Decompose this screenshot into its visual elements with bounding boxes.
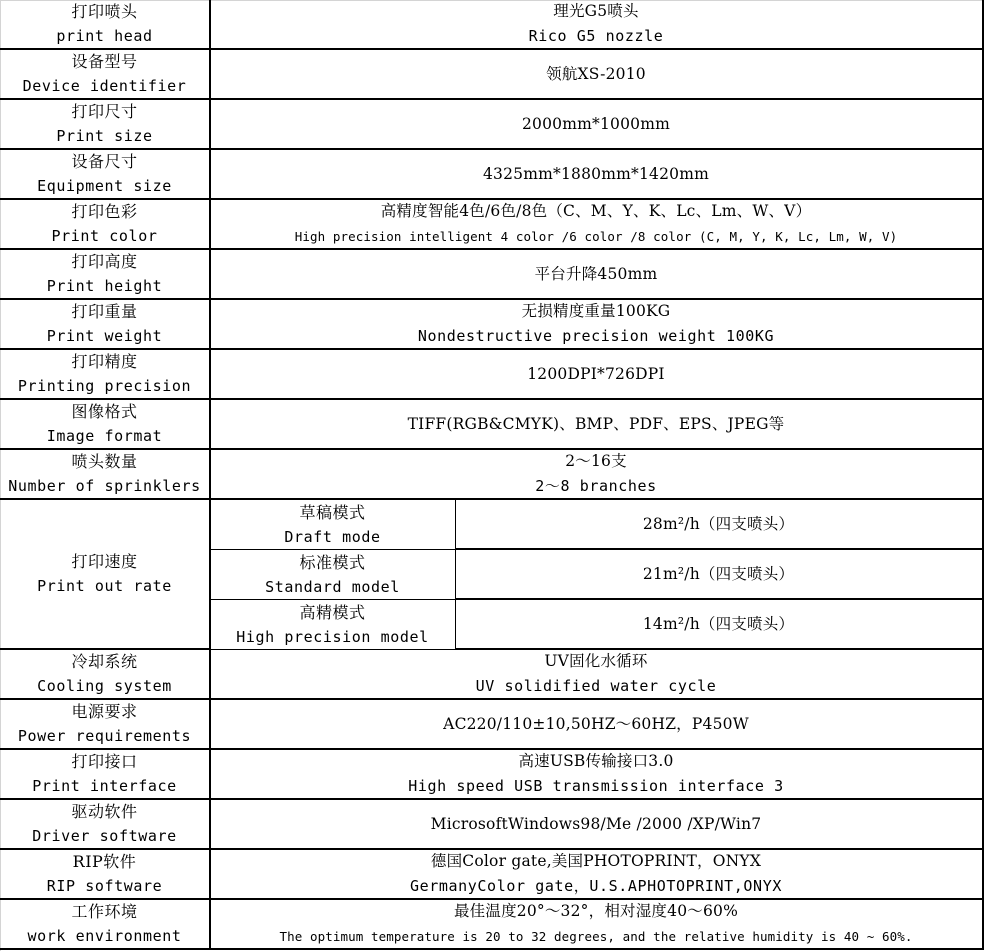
row-label-zh: 打印色彩 xyxy=(71,200,137,224)
row-value-zh: 2000mm*1000mm xyxy=(522,112,670,137)
row-label-en: Print height xyxy=(47,274,163,299)
row-label-cell: 打印高度Print height xyxy=(0,250,211,300)
speed-mode-zh: 标准模式 xyxy=(299,550,365,575)
row-value-cell: TIFF(RGB&CMYK)、BMP、PDF、EPS、JPEG等 xyxy=(210,400,984,450)
row-value-en: Rico G5 nozzle xyxy=(529,24,664,49)
row-value-en: Nondestructive precision weight 100KG xyxy=(418,324,774,349)
row-label-cell: 电源要求Power requirements xyxy=(0,700,211,750)
spec-table: 打印喷头print head理光G5喷头Rico G5 nozzle设备型号De… xyxy=(0,0,984,951)
row-label-zh: 驱动软件 xyxy=(71,800,137,824)
speed-mode-zh: 高精模式 xyxy=(299,600,365,625)
row-label-zh: 打印喷头 xyxy=(71,0,137,24)
row-label-en: Print color xyxy=(52,224,158,249)
row-label-en: Cooling system xyxy=(37,674,172,699)
row-value-cell: UV固化水循环UV solidified water cycle xyxy=(210,650,984,700)
row-label-en: Print size xyxy=(56,124,152,149)
speed-value-cell: 21m²/h（四支喷头） xyxy=(455,550,984,600)
row-label-en: Driver software xyxy=(32,824,176,849)
row-label-en: Print weight xyxy=(47,324,163,349)
row-value-cell: 无损精度重量100KGNondestructive precision weig… xyxy=(210,300,984,350)
row-value-en: 2～8 branches xyxy=(535,474,657,499)
row-value-en: GermanyColor gate，U.S.APHOTOPRINT,ONYX xyxy=(410,874,782,899)
row-label-cell: 打印接口Print interface xyxy=(0,750,211,800)
row-value-cell: 4325mm*1880mm*1420mm xyxy=(210,150,984,200)
row-label-cell: 打印喷头print head xyxy=(0,0,211,50)
row-value-cell: 2～16支2～8 branches xyxy=(210,450,984,500)
row-label-zh: 设备型号 xyxy=(71,50,137,74)
row-value-cell: MicrosoftWindows98/Me /2000 /XP/Win7 xyxy=(210,800,984,850)
row-value-zh: 最佳温度20°～32°，相对湿度40～60% xyxy=(454,900,738,924)
row-label-zh: 打印重量 xyxy=(71,300,137,324)
row-label-cell: 设备型号Device identifier xyxy=(0,50,211,100)
row-value-zh: TIFF(RGB&CMYK)、BMP、PDF、EPS、JPEG等 xyxy=(408,412,785,437)
speed-mode-cell: 高精模式High precision model xyxy=(210,600,456,650)
row-label-cell: 驱动软件Driver software xyxy=(0,800,211,850)
row-value-zh: 领航XS-2010 xyxy=(546,62,646,87)
row-label-zh: 图像格式 xyxy=(71,400,137,424)
row-label-zh: 打印精度 xyxy=(71,350,137,374)
speed-label-zh: 打印速度 xyxy=(71,549,137,574)
row-label-en: Equipment size xyxy=(37,174,172,199)
row-label-cell: 喷头数量Number of sprinklers xyxy=(0,450,211,500)
row-value-cell: 理光G5喷头Rico G5 nozzle xyxy=(210,0,984,50)
row-value-zh: 4325mm*1880mm*1420mm xyxy=(483,162,709,187)
row-value-cell: AC220/110±10,50HZ～60HZ，P450W xyxy=(210,700,984,750)
row-value-en: UV solidified water cycle xyxy=(476,674,717,699)
row-value-zh: 1200DPI*726DPI xyxy=(527,362,665,387)
row-label-en: Number of sprinklers xyxy=(8,474,201,499)
speed-mode-cell: 标准模式Standard model xyxy=(210,550,456,600)
row-label-en: print head xyxy=(56,24,152,49)
row-label-en: work environment xyxy=(27,924,181,949)
speed-value: 28m²/h（四支喷头） xyxy=(643,512,794,537)
row-value-cell: 高精度智能4色/6色/8色（C、M、Y、K、Lc、Lm、W、V）High pre… xyxy=(210,200,984,250)
speed-mode-en: High precision model xyxy=(236,625,429,650)
row-label-en: RIP software xyxy=(47,874,163,899)
row-label-en: Power requirements xyxy=(18,724,191,749)
row-label-zh: 电源要求 xyxy=(71,700,137,724)
row-value-zh: 德国Color gate,美国PHOTOPRINT，ONYX xyxy=(431,850,761,874)
row-value-cell: 平台升降450mm xyxy=(210,250,984,300)
row-label-zh: 打印尺寸 xyxy=(71,100,137,124)
row-value-en: The optimum temperature is 20 to 32 degr… xyxy=(280,924,913,949)
row-value-en: High speed USB transmission interface 3 xyxy=(408,774,784,799)
row-label-zh: 打印接口 xyxy=(71,750,137,774)
row-label-cell: 工作环境work environment xyxy=(0,900,211,950)
row-label-en: Device identifier xyxy=(23,74,187,99)
speed-mode-cell: 草稿模式Draft mode xyxy=(210,500,456,550)
row-value-zh: 2～16支 xyxy=(565,450,627,474)
row-value-cell: 2000mm*1000mm xyxy=(210,100,984,150)
row-label-zh: 打印高度 xyxy=(71,250,137,274)
row-value-zh: 高精度智能4色/6色/8色（C、M、Y、K、Lc、Lm、W、V） xyxy=(381,200,812,224)
row-label-zh: 冷却系统 xyxy=(71,650,137,674)
row-label-cell: 设备尺寸Equipment size xyxy=(0,150,211,200)
row-label-en: Image format xyxy=(47,424,163,449)
row-value-zh: 平台升降450mm xyxy=(535,262,658,287)
speed-mode-en: Standard model xyxy=(265,575,400,600)
row-label-zh: 喷头数量 xyxy=(71,450,137,474)
row-label-cell: 冷却系统Cooling system xyxy=(0,650,211,700)
row-label-cell: 打印精度Printing precision xyxy=(0,350,211,400)
row-label-en: Printing precision xyxy=(18,374,191,399)
row-label-cell: RIP软件RIP software xyxy=(0,850,211,900)
row-label-zh: 设备尺寸 xyxy=(71,150,137,174)
speed-label-en: Print out rate xyxy=(37,574,172,599)
speed-value: 21m²/h（四支喷头） xyxy=(643,562,794,587)
row-label-cell: 图像格式Image format xyxy=(0,400,211,450)
row-value-zh: 高速USB传输接口3.0 xyxy=(518,750,673,774)
row-label-cell: 打印尺寸Print size xyxy=(0,100,211,150)
row-label-cell: 打印重量Print weight xyxy=(0,300,211,350)
row-value-zh: 理光G5喷头 xyxy=(553,0,638,24)
row-value-cell: 最佳温度20°～32°，相对湿度40～60%The optimum temper… xyxy=(210,900,984,950)
row-label-zh: RIP软件 xyxy=(73,850,137,874)
row-value-en: High precision intelligent 4 color /6 co… xyxy=(295,224,897,249)
row-label-zh: 工作环境 xyxy=(71,900,137,924)
row-label-en: Print interface xyxy=(32,774,176,799)
row-value-cell: 德国Color gate,美国PHOTOPRINT，ONYXGermanyCol… xyxy=(210,850,984,900)
row-value-zh: MicrosoftWindows98/Me /2000 /XP/Win7 xyxy=(431,812,762,837)
row-value-cell: 1200DPI*726DPI xyxy=(210,350,984,400)
row-label-cell: 打印色彩Print color xyxy=(0,200,211,250)
speed-mode-en: Draft mode xyxy=(284,525,380,550)
row-value-zh: 无损精度重量100KG xyxy=(522,300,671,324)
row-value-cell: 高速USB传输接口3.0High speed USB transmission … xyxy=(210,750,984,800)
row-value-zh: AC220/110±10,50HZ～60HZ，P450W xyxy=(443,712,749,737)
row-value-cell: 领航XS-2010 xyxy=(210,50,984,100)
speed-label-cell: 打印速度Print out rate xyxy=(0,500,211,650)
speed-value: 14m²/h（四支喷头） xyxy=(643,612,794,637)
row-value-zh: UV固化水循环 xyxy=(544,650,647,674)
speed-value-cell: 28m²/h（四支喷头） xyxy=(455,500,984,550)
speed-mode-zh: 草稿模式 xyxy=(299,500,365,525)
speed-value-cell: 14m²/h（四支喷头） xyxy=(455,600,984,650)
